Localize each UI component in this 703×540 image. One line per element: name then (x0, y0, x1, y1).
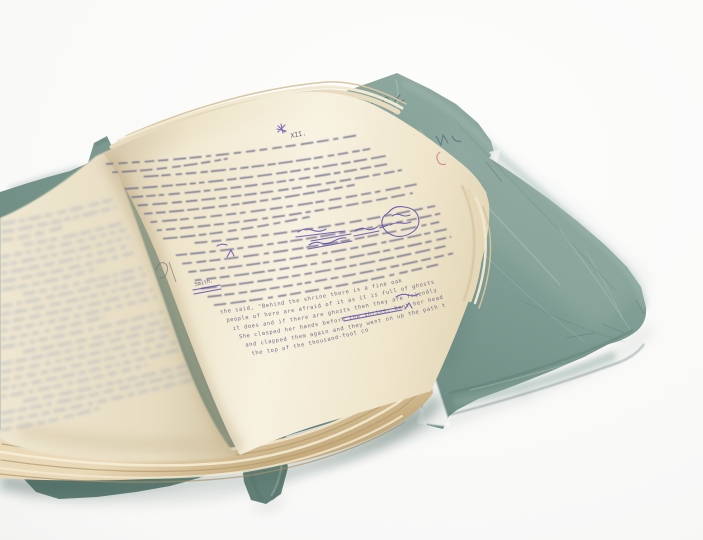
photograph-manuscript-in-folder: she said, "Behind the shrine there is a … (0, 0, 703, 540)
photo-canvas: she said, "Behind the shrine there is a … (0, 0, 703, 540)
